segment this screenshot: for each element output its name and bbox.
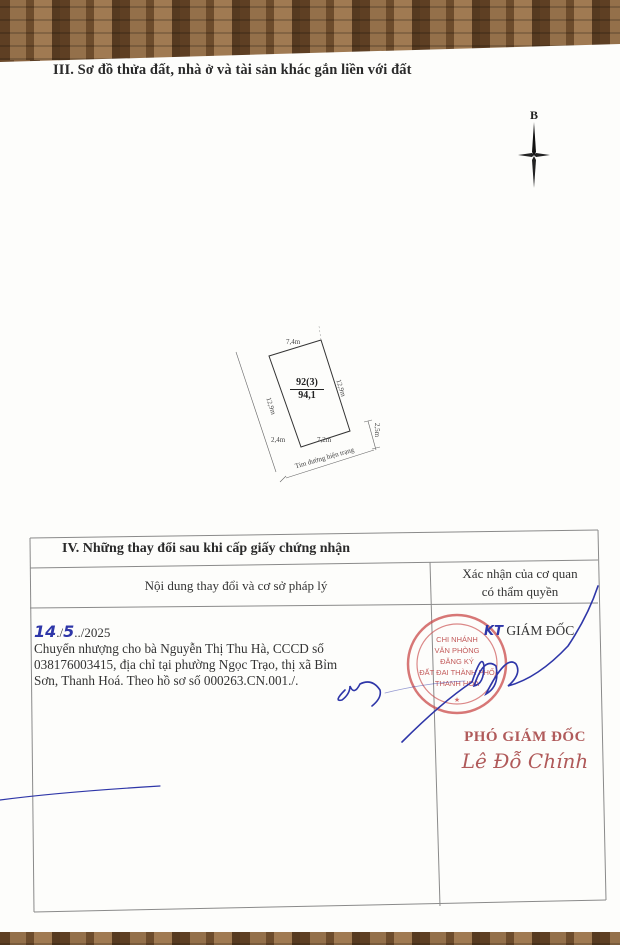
confirmation-header-line-2: có thẩm quyền: [440, 583, 600, 601]
entry-date-day: 14: [34, 622, 56, 641]
column-header-confirmation: Xác nhận của cơ quan có thẩm quyền: [440, 565, 600, 601]
entry-date-month: 5: [63, 622, 74, 641]
entry-date: 14./5../2025: [34, 622, 110, 641]
confirmation-header-line-1: Xác nhận của cơ quan: [440, 565, 600, 583]
changes-table-grid: [0, 0, 620, 945]
stamp-text: CHI NHÁNH VĂN PHÒNG ĐĂNG KÝ ĐẤT ĐAI THÀN…: [418, 634, 496, 689]
section-4-title: IV. Những thay đổi sau khi cấp giấy chứn…: [62, 541, 350, 557]
svg-text:★: ★: [454, 696, 460, 704]
signer-title: KT GIÁM ĐỐC: [484, 623, 574, 639]
deputy-director-title: PHÓ GIÁM ĐỐC: [446, 729, 604, 746]
column-header-content: Nội dung thay đổi và cơ sở pháp lý: [34, 578, 438, 594]
entry-date-year: /2025: [81, 625, 111, 640]
signer-prefix-handwritten: KT: [484, 624, 503, 639]
entry-content: Chuyển nhượng cho bà Nguyễn Thị Thu Hà, …: [34, 641, 364, 689]
deputy-director-name: Lê Đỗ Chính: [446, 749, 604, 773]
